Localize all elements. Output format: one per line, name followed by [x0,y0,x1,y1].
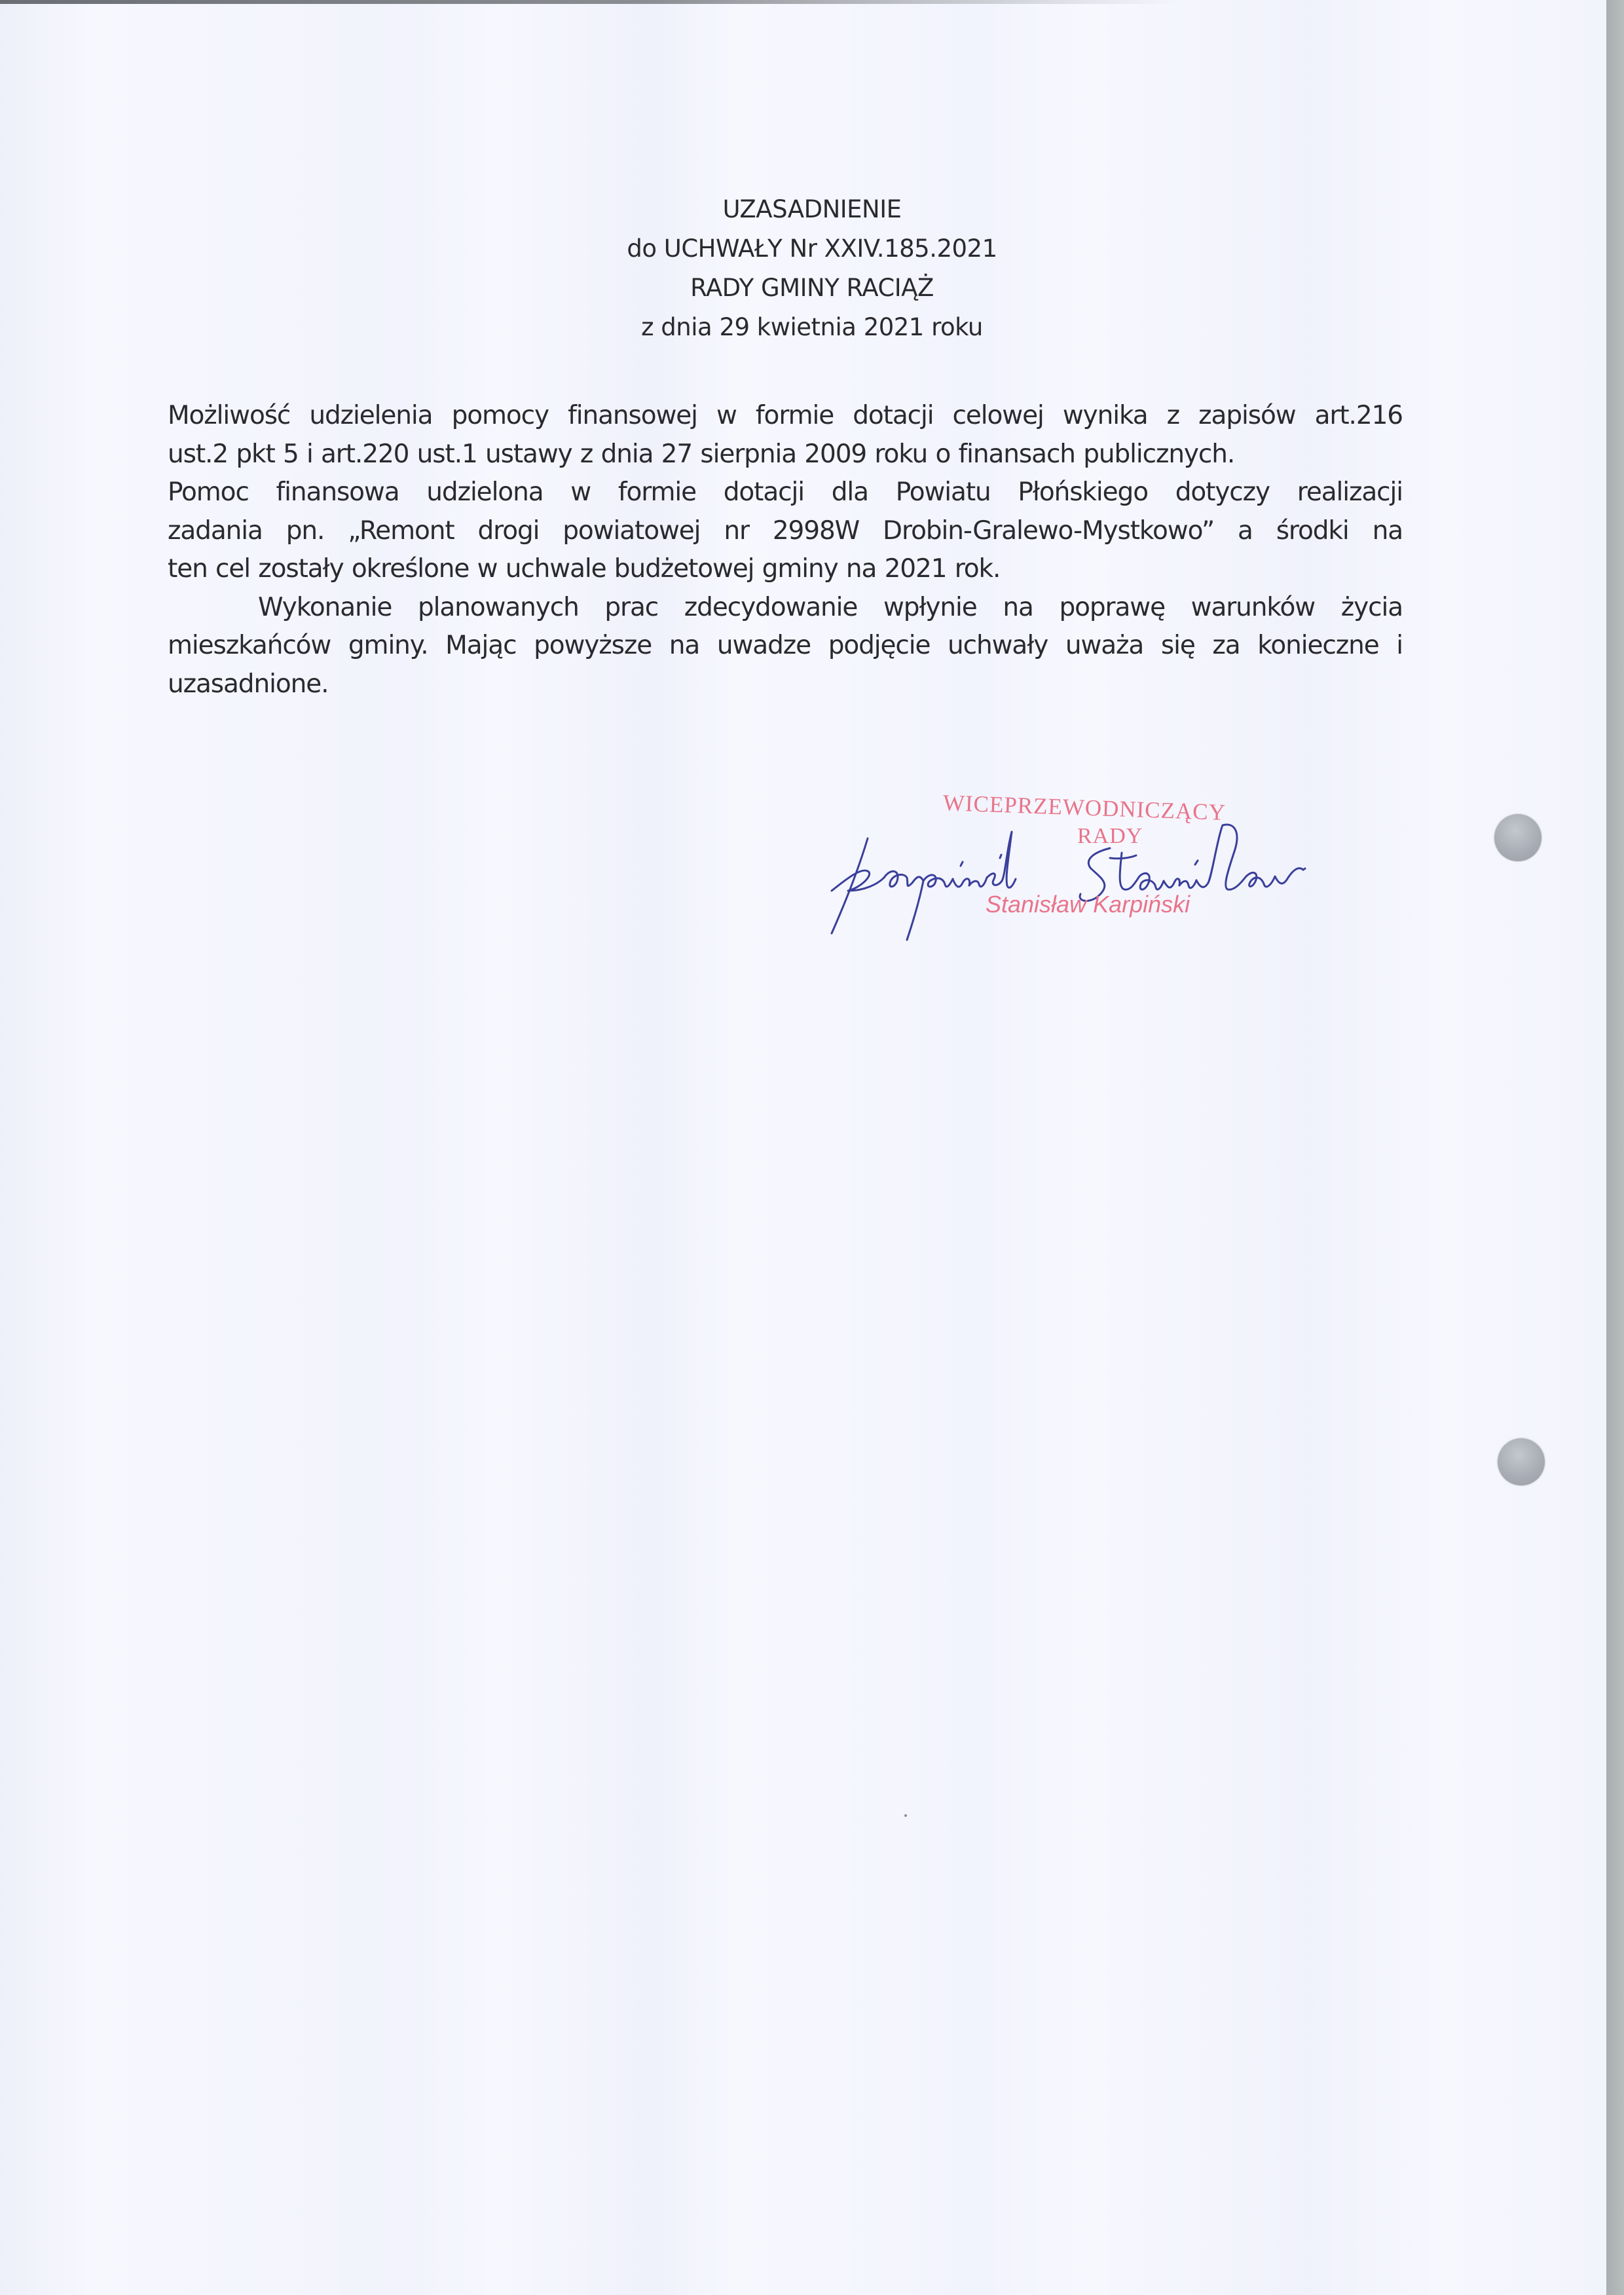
handwritten-signature-icon [822,812,1398,943]
punch-hole-icon [1498,1438,1545,1485]
scan-top-edge-shadow [0,0,1179,4]
heading-title: UZASADNIENIE [0,190,1624,229]
body-line: ust.2 pkt 5 i art.220 ust.1 ustawy z dni… [168,436,1403,474]
body-line: Wykonanie planowanych prac zdecydowanie … [168,589,1403,627]
punch-hole-icon [1494,814,1541,861]
body-line: mieszkańców gminy. Mając powyższe na uwa… [168,627,1403,665]
body-line: ten cel zostały określone w uchwale budż… [168,550,1403,589]
body-line: uzasadnione. [168,665,1403,704]
heading-council: RADY GMINY RACIĄŻ [0,269,1624,308]
document-heading: UZASADNIENIE do UCHWAŁY Nr XXIV.185.2021… [0,190,1624,347]
heading-resolution-number: do UCHWAŁY Nr XXIV.185.2021 [0,229,1624,269]
justification-body: Możliwość udzielenia pomocy finansowej w… [168,397,1403,703]
body-line: Możliwość udzielenia pomocy finansowej w… [168,397,1403,436]
body-line: Pomoc finansowa udzielona w formie dotac… [168,474,1403,512]
heading-date: z dnia 29 kwietnia 2021 roku [0,308,1624,347]
stamp-name: Stanisław Karpiński [986,891,1190,918]
scan-speck [904,1814,907,1817]
body-line: zadania pn. „Remont drogi powiatowej nr … [168,512,1403,551]
